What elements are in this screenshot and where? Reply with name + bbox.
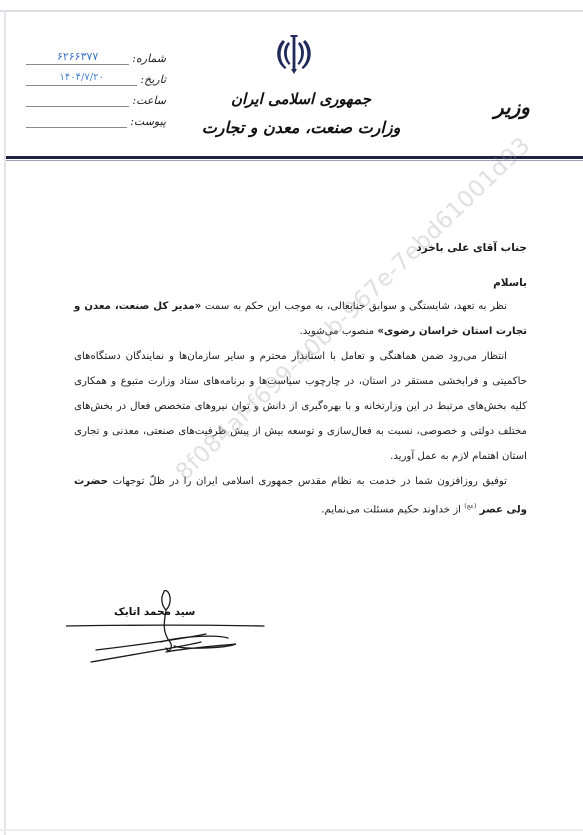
paragraph-appointment: نظر به تعهد، شایستگی و سوابق جنابعالی، ب… <box>74 294 527 344</box>
time-value <box>26 92 129 107</box>
addressee: جناب آقای علی باخرد <box>74 236 527 261</box>
paragraph-closing-lead: توفیق روزافزون شما در خدمت به نظام مقدس … <box>108 476 507 487</box>
date-value: ۱۴۰۴/۷/۲۰ <box>26 71 137 86</box>
greeting: باسلام <box>74 272 527 294</box>
meta-attachment-row: پیوست: <box>26 107 166 128</box>
header-divider-thin <box>6 160 583 161</box>
page-frame-bottom <box>0 829 583 831</box>
letter-page: شماره: ۶۲۶۶۳۷۷ تاریخ: ۱۴۰۴/۷/۲۰ ساعت: پی… <box>6 12 583 829</box>
signer-name: سید محمد اتابک <box>114 606 195 618</box>
republic-name: جمهوری اسلامی ایران <box>196 90 406 108</box>
header-divider <box>6 156 583 159</box>
meta-number-row: شماره: ۶۲۶۶۳۷۷ <box>26 44 166 65</box>
paragraph-closing: توفیق روزافزون شما در خدمت به نظام مقدس … <box>74 469 527 522</box>
number-value: ۶۲۶۶۳۷۷ <box>26 50 129 65</box>
letter-meta: شماره: ۶۲۶۶۳۷۷ تاریخ: ۱۴۰۴/۷/۲۰ ساعت: پی… <box>26 44 166 128</box>
office-title: وزیر <box>494 95 530 119</box>
date-label: تاریخ: <box>137 73 166 86</box>
paragraph-expectations: انتظار می‌رود ضمن هماهنگی و تعامل با است… <box>74 344 527 469</box>
paragraph-appointment-tail: منصوب می‌شوید. <box>299 326 377 337</box>
ministry-name: وزارت صنعت، معدن و تجارت <box>196 118 406 137</box>
honorific: (عج) <box>464 503 476 510</box>
number-label: شماره: <box>129 52 166 65</box>
meta-time-row: ساعت: <box>26 86 166 107</box>
paragraph-closing-tail: از خداوند حکیم مسئلت می‌نمایم. <box>321 504 464 515</box>
time-label: ساعت: <box>129 94 166 107</box>
iran-emblem-icon <box>274 34 314 76</box>
meta-date-row: تاریخ: ۱۴۰۴/۷/۲۰ <box>26 65 166 86</box>
letter-body: جناب آقای علی باخرد باسلام نظر به تعهد، … <box>74 236 527 522</box>
handwritten-signature-icon <box>66 582 266 667</box>
attachment-label: پیوست: <box>127 115 166 128</box>
paragraph-appointment-lead: نظر به تعهد، شایستگی و سوابق جنابعالی، ب… <box>201 301 507 312</box>
attachment-value <box>26 113 127 128</box>
